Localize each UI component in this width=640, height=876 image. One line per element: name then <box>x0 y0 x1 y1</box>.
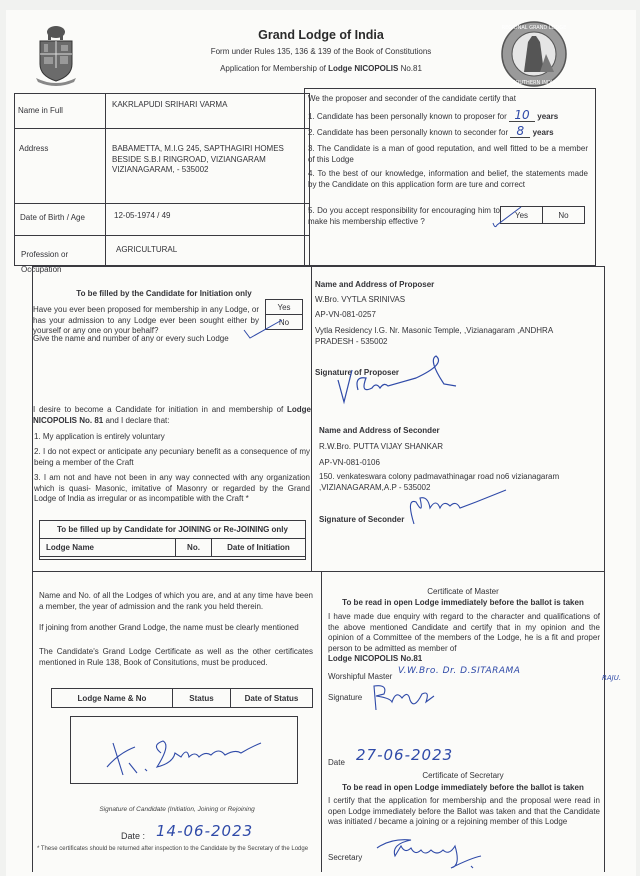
joining-col-date-of-initiation: Date of Initiation <box>211 538 306 557</box>
lodges-para-1: Name and No. of all the Lodges of which … <box>39 591 313 612</box>
secretary-cert-subheading: To be read in open Lodge immediately bef… <box>321 783 605 794</box>
svg-text:REGIONAL GRAND LODGE: REGIONAL GRAND LODGE <box>502 25 567 31</box>
joining-table-heading: To be filled up by Candidate for JOINING… <box>39 520 306 539</box>
name-value[interactable]: KAKRLAPUDI SRIHARI VARMA <box>112 100 227 111</box>
checkmark-icon <box>242 316 284 340</box>
worshipful-master-value-2: RAJU. <box>602 674 621 682</box>
regional-grand-lodge-seal-logo: REGIONAL GRAND LODGE SOUTHERN INDIA <box>500 20 568 88</box>
declaration-1: 1. My application is entirely voluntary <box>34 432 165 443</box>
worshipful-master-value[interactable]: V.W.Bro. Dr. D.SITARAMA <box>398 666 520 676</box>
responsibility-no-option[interactable]: No <box>542 206 585 224</box>
proposer-name: W.Bro. VYTLA SRINIVAS <box>315 295 405 306</box>
address-label: Address <box>19 144 48 155</box>
initiation-question: Have you ever been proposed for membersh… <box>33 305 259 337</box>
lodges-col-lodge-name: Lodge Name & No <box>51 688 173 708</box>
proposer-years-value[interactable]: 10 <box>509 110 535 122</box>
seconder-name: R.W.Bro. PUTTA VIJAY SHANKAR <box>319 442 443 453</box>
master-cert-heading: Certificate of Master <box>321 587 605 598</box>
master-cert-body: I have made due enquiry with regard to t… <box>328 612 600 654</box>
initiation-yes-option[interactable]: Yes <box>265 299 303 315</box>
candidate-date-label: Date : <box>121 831 145 842</box>
worshipful-master-label: Worshipful Master <box>328 672 392 683</box>
dob-label: Date of Birth / Age <box>20 213 85 224</box>
candidate-details-table <box>14 93 310 266</box>
proposer-id: AP-VN-081-0257 <box>315 310 376 321</box>
certify-item-1: 1. Candidate has been personally known t… <box>308 110 558 123</box>
application-form-page: Grand Lodge of India Form under Rules 13… <box>6 10 636 876</box>
master-cert-subheading: To be read in open Lodge immediately bef… <box>321 598 605 609</box>
checkmark-icon <box>491 205 531 231</box>
candidate-signature-box[interactable] <box>70 716 298 784</box>
declaration-3: 3. I am not and have not been in any way… <box>34 473 310 505</box>
master-date-label: Date <box>328 758 345 769</box>
proposer-signature[interactable] <box>336 350 476 406</box>
give-lodge-name-text: Give the name and number of any or every… <box>33 334 229 345</box>
initiation-desire-text: I desire to become a Candidate for initi… <box>33 405 311 426</box>
joining-col-no: No. <box>175 538 212 557</box>
secretary-signature-label: Secretary <box>328 853 362 864</box>
lodges-para-3: The Candidate's Grand Lodge Certificate … <box>39 647 313 668</box>
candidate-signature <box>101 723 271 779</box>
seconder-id: AP-VN-081-0106 <box>319 458 380 469</box>
proposer-address: Vytla Residency I.G. Nr. Masonic Temple,… <box>315 326 553 347</box>
certify-item-5: 5. Do you accept responsibility for enco… <box>308 206 500 227</box>
lodges-col-date-of-status: Date of Status <box>230 688 313 708</box>
address-value[interactable]: BABAMETTA, M.I.G 245, SAPTHAGIRI HOMES B… <box>112 144 284 176</box>
certify-intro: We the proposer and seconder of the cand… <box>308 94 516 105</box>
joining-table-empty-row[interactable] <box>39 556 306 560</box>
certificates-footnote: * These certificates should be returned … <box>37 845 317 854</box>
initiation-heading: To be filled by the Candidate for Initia… <box>32 289 296 300</box>
seconder-years-value[interactable]: 8 <box>510 126 530 138</box>
seconder-heading: Name and Address of Seconder <box>319 426 440 437</box>
candidate-signature-caption: Signature of Candidate (Initiation, Join… <box>32 806 322 813</box>
profession-value[interactable]: AGRICULTURAL <box>116 245 177 256</box>
master-signature-label: Signature <box>328 693 362 704</box>
lodges-col-status: Status <box>172 688 231 708</box>
certify-item-2: 2. Candidate has been personally known t… <box>308 126 554 139</box>
seconder-signature-label: Signature of Seconder <box>319 515 404 526</box>
certify-item-4: 4. To the best of our knowledge, informa… <box>308 169 588 190</box>
responsibility-yes-option[interactable]: Yes <box>500 206 543 224</box>
proposer-heading: Name and Address of Proposer <box>315 280 434 291</box>
secretary-cert-body: I certify that the application for membe… <box>328 796 600 828</box>
svg-text:SOUTHERN INDIA: SOUTHERN INDIA <box>512 80 556 86</box>
master-cert-lodge: Lodge NICOPOLIS No.81 <box>328 654 422 665</box>
master-date-value[interactable]: 27-06-2023 <box>356 746 453 764</box>
lodges-para-2: If joining from another Grand Lodge, the… <box>39 623 313 634</box>
candidate-date-value[interactable]: 14-06-2023 <box>156 822 253 840</box>
secretary-signature[interactable] <box>371 836 511 872</box>
name-label: Name in Full <box>18 106 63 117</box>
certify-item-3: 3. The Candidate is a man of good reputa… <box>308 144 588 165</box>
master-signature[interactable] <box>366 682 446 712</box>
dob-value[interactable]: 12-05-1974 / 49 <box>114 211 171 222</box>
secretary-cert-heading: Certificate of Secretary <box>321 771 605 782</box>
joining-col-lodge-name: Lodge Name <box>39 538 176 557</box>
declaration-2: 2. I do not expect or anticipate any pec… <box>34 447 310 468</box>
seconder-signature[interactable] <box>406 488 516 528</box>
